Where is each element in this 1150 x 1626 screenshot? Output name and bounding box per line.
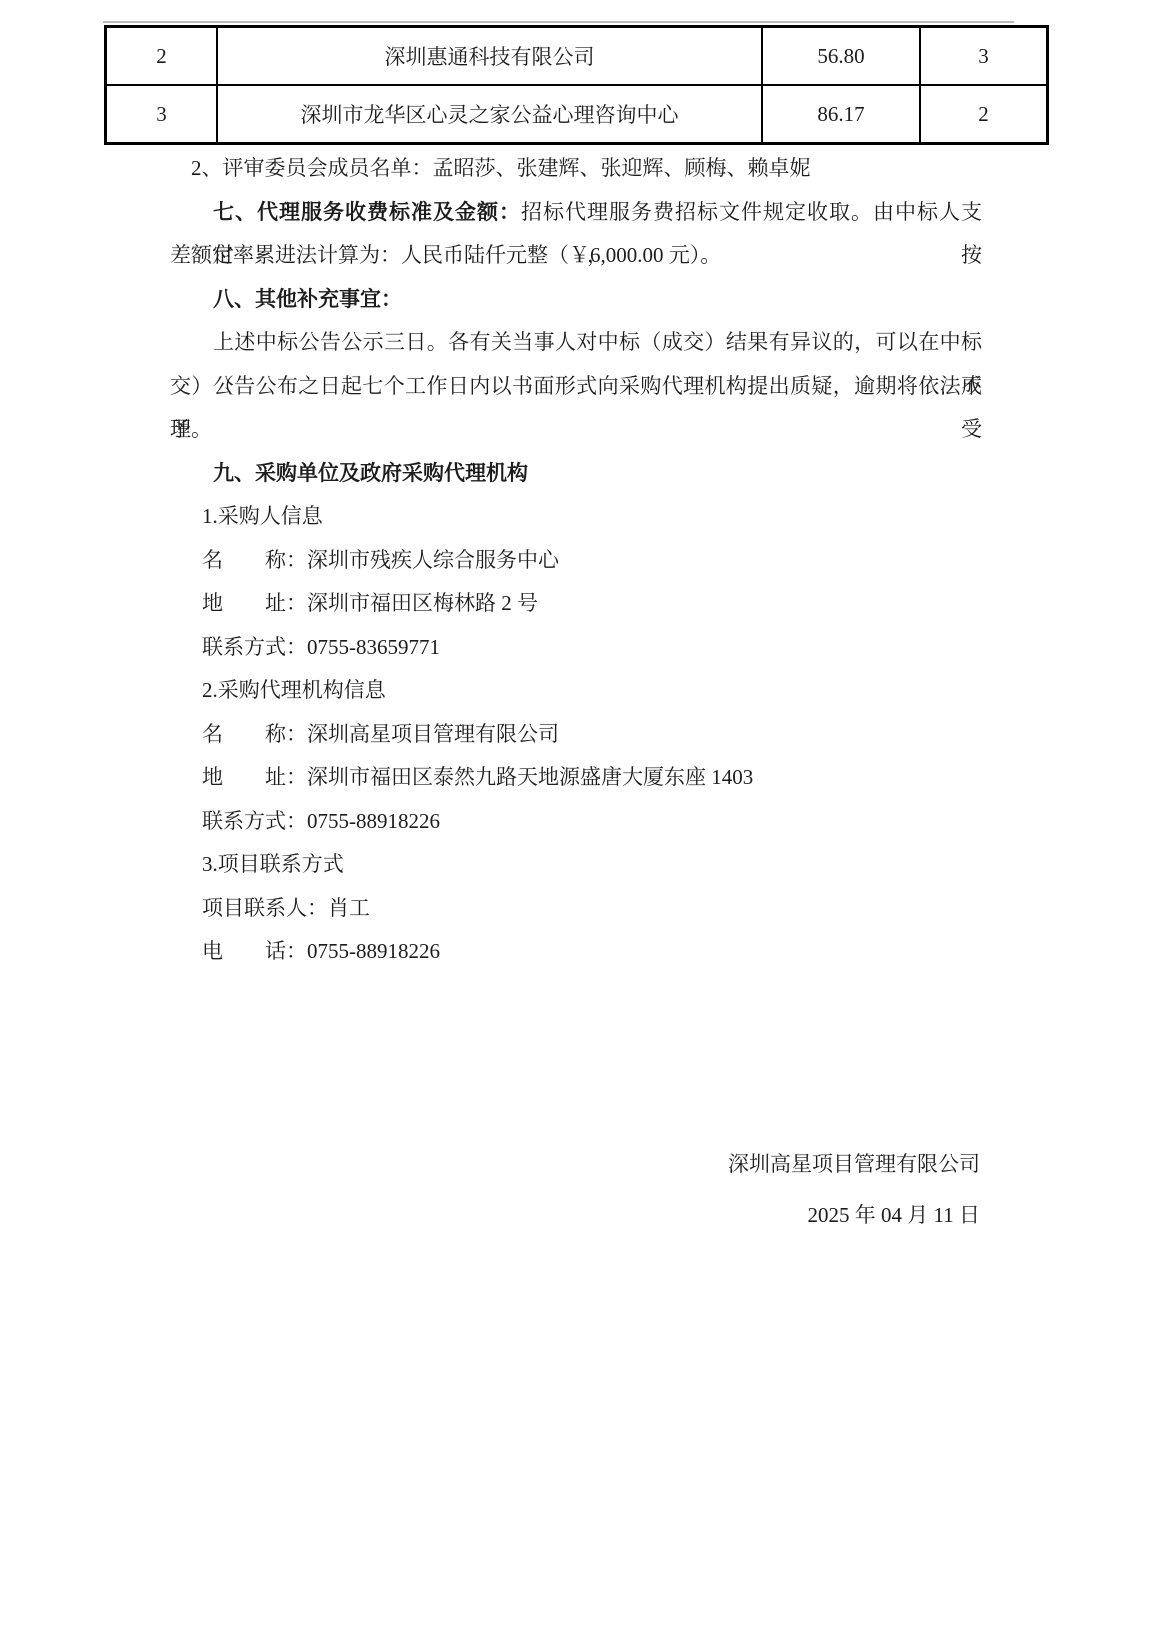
- purchaser-name-label: 名 称：: [202, 548, 307, 572]
- agency-name-label: 名 称：: [202, 722, 307, 746]
- agency-contact-line: 联系方式：0755-88918226: [170, 800, 982, 844]
- page-break-line: [103, 21, 1014, 23]
- purchaser-name-value: 深圳市残疾人综合服务中心: [307, 548, 559, 572]
- section8-line1: 上述中标公告公示三日。各有关当事人对中标（成交）结果有异议的，可以在中标（成: [170, 321, 982, 365]
- signature-block: 深圳高星项目管理有限公司 2025 年 04 月 11 日: [728, 1143, 980, 1237]
- project-person-value: 肖工: [328, 896, 370, 920]
- signature-date: 2025 年 04 月 11 日: [728, 1194, 980, 1238]
- project-person-label: 项目联系人：: [202, 896, 328, 920]
- project-phone-label: 电 话：: [202, 939, 307, 963]
- section8-line2: 交）公告公布之日起七个工作日内以书面形式向采购代理机构提出质疑，逾期将依法不予受: [170, 365, 982, 409]
- score-cell: 56.80: [762, 27, 920, 86]
- table-row: 3 深圳市龙华区心灵之家公益心理咨询中心 86.17 2: [106, 85, 1048, 144]
- supplier-cell: 深圳市龙华区心灵之家公益心理咨询中心: [217, 85, 762, 144]
- section9-heading: 九、采购单位及政府采购代理机构: [170, 452, 982, 496]
- agency-address-value: 深圳市福田区泰然九路天地源盛唐大厦东座 1403: [307, 765, 753, 789]
- agency-address-label: 地 址：: [202, 765, 307, 789]
- project-contact-title: 3.项目联系方式: [170, 843, 982, 887]
- project-phone-line: 电 话：0755-88918226: [170, 930, 982, 974]
- document-page: 2 深圳惠通科技有限公司 56.80 3 3 深圳市龙华区心灵之家公益心理咨询中…: [0, 0, 1150, 1626]
- purchaser-contact-line: 联系方式：0755-83659771: [170, 626, 982, 670]
- agency-address-line: 地 址：深圳市福田区泰然九路天地源盛唐大厦东座 1403: [170, 756, 982, 800]
- supplier-cell: 深圳惠通科技有限公司: [217, 27, 762, 86]
- purchaser-address-line: 地 址：深圳市福田区梅林路 2 号: [170, 582, 982, 626]
- score-cell: 86.17: [762, 85, 920, 144]
- agency-title: 2.采购代理机构信息: [170, 669, 982, 713]
- row-no-cell: 2: [106, 27, 218, 86]
- purchaser-title: 1.采购人信息: [170, 495, 982, 539]
- project-person-line: 项目联系人：肖工: [170, 887, 982, 931]
- project-phone-value: 0755-88918226: [307, 939, 440, 963]
- agency-contact-value: 0755-88918226: [307, 809, 440, 833]
- section7-line1: 七、代理服务收费标准及金额：招标代理服务费招标文件规定收取。由中标人支付，按: [170, 191, 982, 235]
- table-row: 2 深圳惠通科技有限公司 56.80 3: [106, 27, 1048, 86]
- rank-cell: 2: [920, 85, 1048, 144]
- section7-heading: 七、代理服务收费标准及金额：: [213, 200, 521, 224]
- agency-contact-label: 联系方式：: [202, 809, 307, 833]
- purchaser-name-line: 名 称：深圳市残疾人综合服务中心: [170, 539, 982, 583]
- purchaser-contact-label: 联系方式：: [202, 635, 307, 659]
- agency-name-value: 深圳高星项目管理有限公司: [307, 722, 559, 746]
- committee-members-line: 2、评审委员会成员名单：孟昭莎、张建辉、张迎辉、顾梅、赖卓妮: [170, 147, 982, 191]
- purchaser-address-value: 深圳市福田区梅林路 2 号: [307, 591, 538, 615]
- bid-result-table: 2 深圳惠通科技有限公司 56.80 3 3 深圳市龙华区心灵之家公益心理咨询中…: [104, 25, 1049, 145]
- purchaser-contact-value: 0755-83659771: [307, 635, 440, 659]
- purchaser-address-label: 地 址：: [202, 591, 307, 615]
- document-body: 2、评审委员会成员名单：孟昭莎、张建辉、张迎辉、顾梅、赖卓妮 七、代理服务收费标…: [170, 147, 982, 974]
- row-no-cell: 3: [106, 85, 218, 144]
- signature-company: 深圳高星项目管理有限公司: [728, 1143, 980, 1187]
- agency-name-line: 名 称：深圳高星项目管理有限公司: [170, 713, 982, 757]
- section8-heading: 八、其他补充事宜：: [170, 278, 982, 322]
- rank-cell: 3: [920, 27, 1048, 86]
